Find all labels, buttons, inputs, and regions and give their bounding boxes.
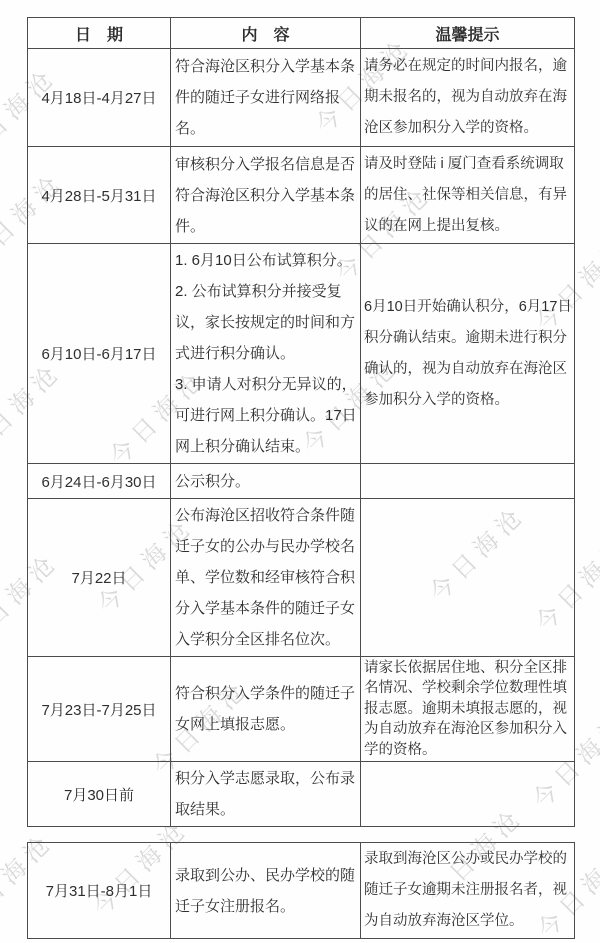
page: 今日海沧 今日海沧 今日海沧 今日海沧 今日海沧 今日海沧 今日海沧 今日海沧 …	[0, 0, 600, 943]
table-row: 4月18日-4月27日 符合海沧区积分入学基本条件的随迁子女进行网络报名。 请务…	[28, 49, 575, 147]
content-cell: 1. 6月10日公布试算积分。 2. 公布试算积分并接受复议，家长按规定的时间和…	[171, 244, 361, 464]
header-row: 日 期 内 容 温馨提示	[28, 18, 575, 49]
tips-cell: 请及时登陆 i 厦门查看系统调取的居住、社保等相关信息，有异议的在网上提出复核。	[361, 147, 575, 244]
header-tips: 温馨提示	[361, 18, 575, 49]
header-content: 内 容	[171, 18, 361, 49]
date-cell: 6月24日-6月30日	[28, 464, 171, 499]
tips-cell: 6月10日开始确认积分，6月17日积分确认结束。逾期未进行积分确认的，视为自动放…	[361, 244, 575, 464]
header-date: 日 期	[28, 18, 171, 49]
tips-cell	[361, 464, 575, 499]
table-row: 7月22日 公布海沧区招收符合条件随迁子女的公办与民办学校名单、学位数和经审核符…	[28, 499, 575, 657]
content-cell: 符合海沧区积分入学基本条件的随迁子女进行网络报名。	[171, 49, 361, 147]
tips-cell	[361, 762, 575, 827]
date-cell: 4月28日-5月31日	[28, 147, 171, 244]
table-row: 6月10日-6月17日 1. 6月10日公布试算积分。 2. 公布试算积分并接受…	[28, 244, 575, 464]
tips-cell	[361, 499, 575, 657]
tips-cell: 录取到海沧区公办或民办学校的随迁子女逾期未注册报名者，视为自动放弃海沧区学位。	[361, 843, 575, 939]
content-cell: 公布海沧区招收符合条件随迁子女的公办与民办学校名单、学位数和经审核符合积分入学基…	[171, 499, 361, 657]
tips-cell: 请家长依据居住地、积分全区排名情况、学校剩余学位数理性填报志愿。逾期未填报志愿的…	[361, 657, 575, 762]
date-cell: 7月30日前	[28, 762, 171, 827]
date-cell: 7月22日	[28, 499, 171, 657]
table-row: 7月30日前 积分入学志愿录取，公布录取结果。	[28, 762, 575, 827]
date-cell: 4月18日-4月27日	[28, 49, 171, 147]
content-cell: 符合积分入学条件的随迁子女网上填报志愿。	[171, 657, 361, 762]
table-row: 4月28日-5月31日 审核积分入学报名信息是否符合海沧区积分入学基本条件。 请…	[28, 147, 575, 244]
table-row: 6月24日-6月30日 公示积分。	[28, 464, 575, 499]
date-cell: 7月31日-8月1日	[28, 843, 171, 939]
content-cell: 积分入学志愿录取，公布录取结果。	[171, 762, 361, 827]
content-cell: 公示积分。	[171, 464, 361, 499]
table-row: 7月23日-7月25日 符合积分入学条件的随迁子女网上填报志愿。 请家长依据居住…	[28, 657, 575, 762]
date-cell: 6月10日-6月17日	[28, 244, 171, 464]
table-row: 7月31日-8月1日 录取到公办、民办学校的随迁子女注册报名。 录取到海沧区公办…	[28, 843, 575, 939]
date-cell: 7月23日-7月25日	[28, 657, 171, 762]
content-cell: 审核积分入学报名信息是否符合海沧区积分入学基本条件。	[171, 147, 361, 244]
schedule-table: 日 期 内 容 温馨提示 4月18日-4月27日 符合海沧区积分入学基本条件的随…	[27, 17, 575, 827]
schedule-table-detached: 7月31日-8月1日 录取到公办、民办学校的随迁子女注册报名。 录取到海沧区公办…	[27, 842, 575, 939]
tips-cell: 请务必在规定的时间内报名，逾期未报名的，视为自动放弃在海沧区参加积分入学的资格。	[361, 49, 575, 147]
content-cell: 录取到公办、民办学校的随迁子女注册报名。	[171, 843, 361, 939]
